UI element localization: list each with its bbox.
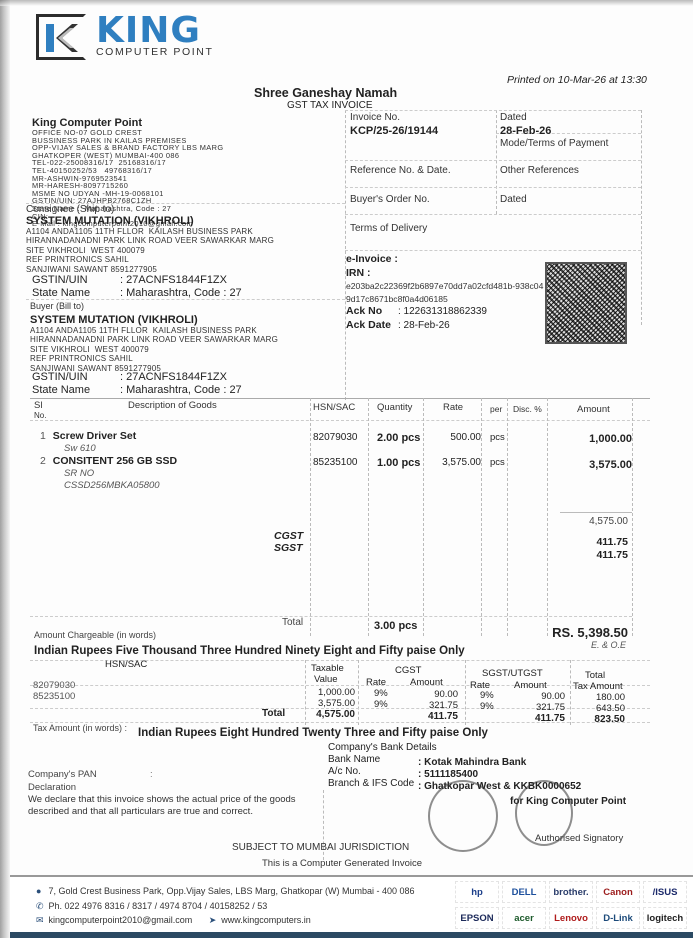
tax-row-cgst-amount: 321.75 <box>410 700 458 711</box>
item-detail: SR NO <box>64 468 94 479</box>
table-border <box>30 420 650 421</box>
brand-logo-logitech: logitech <box>643 907 687 929</box>
address-line: A1104 ANDA1105 11TH FLLOR KAILASH BUSINE… <box>26 227 274 236</box>
declaration-text: We declare that this invoice shows the a… <box>28 794 328 818</box>
divider <box>345 110 641 111</box>
tax-total-amount: 823.50 <box>580 714 625 725</box>
tax-row-taxable: 1,000.00 <box>300 687 355 698</box>
buyer-label: Buyer (Bill to) <box>30 301 84 311</box>
address-line: REF PRINTRONICS SAHIL <box>30 354 278 363</box>
item-amount: 3,575.00 <box>560 459 632 471</box>
col-quantity: Quantity <box>377 402 412 413</box>
tax-col-sgst: SGST/UTGST <box>482 668 543 679</box>
mail-icon: ✉ <box>36 915 46 926</box>
col-disc: Disc. % <box>513 404 542 414</box>
tax-row-total: 180.00 <box>580 692 625 703</box>
column-divider <box>547 398 548 636</box>
tax-total-label: Total <box>262 708 285 719</box>
tax-col-divider <box>358 660 359 725</box>
dated-label: Dated <box>500 112 527 123</box>
ack-date: : 28-Feb-26 <box>398 320 450 331</box>
declaration-title: Declaration <box>28 782 76 793</box>
column-divider <box>632 398 633 636</box>
delivery-terms-label: Terms of Delivery <box>350 223 427 234</box>
subtotal-rule <box>560 512 632 513</box>
invoice-date: 28-Feb-26 <box>500 125 551 137</box>
tax-col-sgst-amount: Amount <box>514 680 547 691</box>
other-references-label: Other References <box>500 165 579 176</box>
brand-logo-brother: brother. <box>549 881 593 903</box>
tax-col-cgst: CGST <box>395 665 421 676</box>
invoice-no-label: Invoice No. <box>350 112 400 123</box>
tax-row-cgst-amount: 90.00 <box>410 689 458 700</box>
brand-logo-epson: EPSON <box>455 907 499 929</box>
tax-col-cgst-rate: Rate <box>366 677 386 688</box>
item-description: Screw Driver Set <box>53 430 136 442</box>
item-description: CONSITENT 256 GB SSD <box>53 455 177 467</box>
brand-logo-hp: hp <box>455 881 499 903</box>
buyer-gstin: GSTIN/UIN: 27ACNFS1844F1ZX <box>32 371 227 383</box>
tax-col-taxable: Taxable <box>311 663 344 674</box>
column-divider <box>507 398 508 636</box>
buyer-address: A1104 ANDA1105 11TH FLLOR KAILASH BUSINE… <box>30 326 278 373</box>
consignee-gstin: GSTIN/UIN: 27ACNFS1844F1ZX <box>32 274 227 286</box>
address-line: HIRANNADANADNI PARK LINK ROAD VEER SAWAR… <box>30 335 278 344</box>
consignee-address: A1104 ANDA1105 11TH FLLOR KAILASH BUSINE… <box>26 227 274 274</box>
column-divider <box>310 398 311 636</box>
tax-col-total: Total <box>585 670 605 681</box>
item-hsn: 85235100 <box>313 457 358 468</box>
column-divider <box>423 398 424 636</box>
tax-total-sgst: 411.75 <box>515 713 565 724</box>
item-rate: 3,575.00 <box>425 457 481 468</box>
blessing-heading: Shree Ganeshay Namah <box>254 86 397 100</box>
grand-total: RS. 5,398.50 <box>500 625 628 640</box>
bank-details-title: Company's Bank Details <box>328 742 437 753</box>
col-hsn: HSN/SAC <box>313 402 355 413</box>
computer-generated-note: This is a Computer Generated Invoice <box>262 858 422 869</box>
address-line: HIRANNADANADNI PARK LINK ROAD VEER SAWAR… <box>26 236 274 245</box>
sgst-amount: 411.75 <box>560 549 628 561</box>
tax-row-sgst-rate: 9% <box>480 701 494 712</box>
address-line: SITE VIKHROLI WEST 400079 <box>26 246 274 255</box>
col-per: per <box>490 404 502 414</box>
tax-amount-in-words: Indian Rupees Eight Hundred Twenty Three… <box>138 727 488 739</box>
divider <box>345 250 641 251</box>
tax-col-hsn: HSN/SAC <box>105 659 147 670</box>
tax-col-divider <box>465 660 466 725</box>
footer-phone: ✆ Ph. 022 4976 8316 / 8317 / 4974 8704 /… <box>36 901 267 912</box>
divider <box>496 110 497 214</box>
logo-subtitle: COMPUTER POINT <box>96 46 213 58</box>
tax-row-hsn: 85235100 <box>33 691 75 702</box>
cgst-amount: 411.75 <box>560 536 628 548</box>
table-row: 1 Screw Driver Set <box>40 430 136 442</box>
location-pin-icon: ● <box>36 886 46 896</box>
brand-logo-acer: acer <box>502 907 546 929</box>
table-border <box>30 616 632 617</box>
buyer-order-label: Buyer's Order No. <box>350 194 430 205</box>
scan-edge <box>0 0 10 938</box>
tax-col-taxable-value: Value <box>314 674 338 685</box>
table-border <box>30 398 650 399</box>
tax-row-sgst-rate: 9% <box>480 690 494 701</box>
logo-brand: KING <box>96 10 201 51</box>
printed-on: Printed on 10-Mar-26 at 13:30 <box>507 74 647 86</box>
address-line: A1104 ANDA1105 11TH FLLOR KAILASH BUSINE… <box>30 326 278 335</box>
phone-icon: ✆ <box>36 901 46 912</box>
irn-value: e203ba2c22369f2b6897e70dd7a02cfd481b-938… <box>346 280 546 305</box>
invoice-page: KING COMPUTER POINT Printed on 10-Mar-26… <box>0 0 693 938</box>
item-per: pcs <box>490 432 505 443</box>
item-quantity: 2.00 pcs <box>377 432 420 444</box>
brand-logo-lenovo: Lenovo <box>549 907 593 929</box>
consignee-state: State Name: Maharashtra, Code : 27 <box>32 287 242 299</box>
footer-band <box>10 932 693 938</box>
brand-logo-isus: /ISUS <box>643 881 687 903</box>
invoice-no: KCP/25-26/19144 <box>350 125 438 137</box>
sgst-label: SGST <box>274 542 303 554</box>
tax-row-taxable: 3,575.00 <box>300 698 355 709</box>
ack-no: : 122631318862339 <box>398 306 487 317</box>
eoe: E. & O.E <box>560 640 626 650</box>
tax-table-border <box>30 685 650 686</box>
tax-row-sgst-amount: 321.75 <box>515 702 565 713</box>
buyer-order-dated-label: Dated <box>500 194 527 205</box>
tax-col-divider <box>570 660 571 725</box>
brand-logo-canon: Canon <box>596 881 640 903</box>
item-detail: Sw 610 <box>64 443 96 454</box>
tax-row-cgst-rate: 9% <box>374 699 388 710</box>
logo-k-icon <box>44 20 80 56</box>
column-divider <box>481 398 482 636</box>
divider <box>345 160 641 161</box>
e-invoice-block: e-Invoice : IRN : e203ba2c22369f2b6897e7… <box>346 253 546 332</box>
address-line: REF PRINTRONICS SAHIL <box>26 255 274 264</box>
item-hsn: 82079030 <box>313 432 358 443</box>
tax-row-sgst-amount: 90.00 <box>515 691 565 702</box>
brand-logo-dell: DELL <box>502 881 546 903</box>
jurisdiction: SUBJECT TO MUMBAI JURISDICTION <box>232 842 409 853</box>
divider <box>345 187 641 188</box>
scan-shadow <box>0 0 693 6</box>
tax-col-total-amount: Tax Amount <box>573 681 623 692</box>
tax-col-cgst-amount: Amount <box>410 677 443 688</box>
consignee-name: SYSTEM MUTATION (VIKHROLI) <box>26 215 194 227</box>
item-per: pcs <box>490 457 505 468</box>
footer-address: ● 7, Gold Crest Business Park, Opp.Vijay… <box>36 886 415 896</box>
footer-email[interactable]: kingcomputerpoint2010@gmail.com <box>49 915 193 925</box>
company-stamp-icon <box>428 780 498 852</box>
item-quantity: 1.00 pcs <box>377 457 420 469</box>
branch-label: Branch & IFS Code <box>328 778 414 789</box>
pan-label: Company's PAN <box>28 769 97 780</box>
consignee-label: Consignee (Ship to) <box>26 204 114 215</box>
cursor-icon: ➤ <box>209 915 219 926</box>
address-line: SANJIWANI SAWANT 8591277905 <box>26 265 274 274</box>
reference-label: Reference No. & Date. <box>350 165 451 176</box>
footer-contact: ✉ kingcomputerpoint2010@gmail.com ➤ www.… <box>36 915 311 926</box>
tax-row-cgst-rate: 9% <box>374 688 388 699</box>
divider <box>345 214 641 215</box>
payment-terms-label: Mode/Terms of Payment <box>500 138 608 149</box>
amount-in-words: Indian Rupees Five Thousand Three Hundre… <box>34 645 465 657</box>
item-rate: 500.00 <box>425 432 481 443</box>
footer-website[interactable]: www.kingcomputers.in <box>221 915 311 925</box>
tax-row-total: 643.50 <box>580 703 625 714</box>
col-amount: Amount <box>577 404 610 415</box>
total-label: Total <box>282 617 303 628</box>
account-label: A/c No. <box>328 766 361 777</box>
col-sl-no: No. <box>34 411 46 420</box>
brand-logo-dlink: D-Link <box>596 907 640 929</box>
bank-name-label: Bank Name <box>328 754 380 765</box>
buyer-name: SYSTEM MUTATION (VIKHROLI) <box>30 314 198 326</box>
tax-row-hsn: 82079030 <box>33 680 75 691</box>
amount-words-label: Amount Chargeable (in words) <box>34 630 156 640</box>
tax-total-taxable: 4,575.00 <box>300 709 355 720</box>
tax-words-label: Tax Amount (in words) : <box>33 723 127 733</box>
divider <box>641 110 642 325</box>
signature-stamp-icon <box>515 780 573 846</box>
col-rate: Rate <box>443 402 463 413</box>
address-line: SITE VIKHROLI WEST 400079 <box>30 345 278 354</box>
subtotal: 4,575.00 <box>560 516 628 527</box>
cgst-label: CGST <box>274 530 303 542</box>
total-quantity: 3.00 pcs <box>374 620 417 632</box>
divider <box>26 299 345 300</box>
item-detail: CSSD256MBKA05800 <box>64 480 160 491</box>
table-row: 2 CONSITENT 256 GB SSD <box>40 455 177 467</box>
pan-value: : <box>150 769 153 780</box>
item-amount: 1,000.00 <box>560 433 632 445</box>
tax-total-cgst: 411.75 <box>410 711 458 722</box>
qr-code-icon <box>545 262 627 344</box>
column-divider <box>368 398 369 636</box>
account-number: : 5111185400 <box>418 769 478 780</box>
col-sl: Sl <box>34 400 42 411</box>
buyer-state: State Name: Maharashtra, Code : 27 <box>32 384 242 396</box>
bank-name: : Kotak Mahindra Bank <box>418 757 526 768</box>
col-description: Description of Goods <box>128 400 217 411</box>
